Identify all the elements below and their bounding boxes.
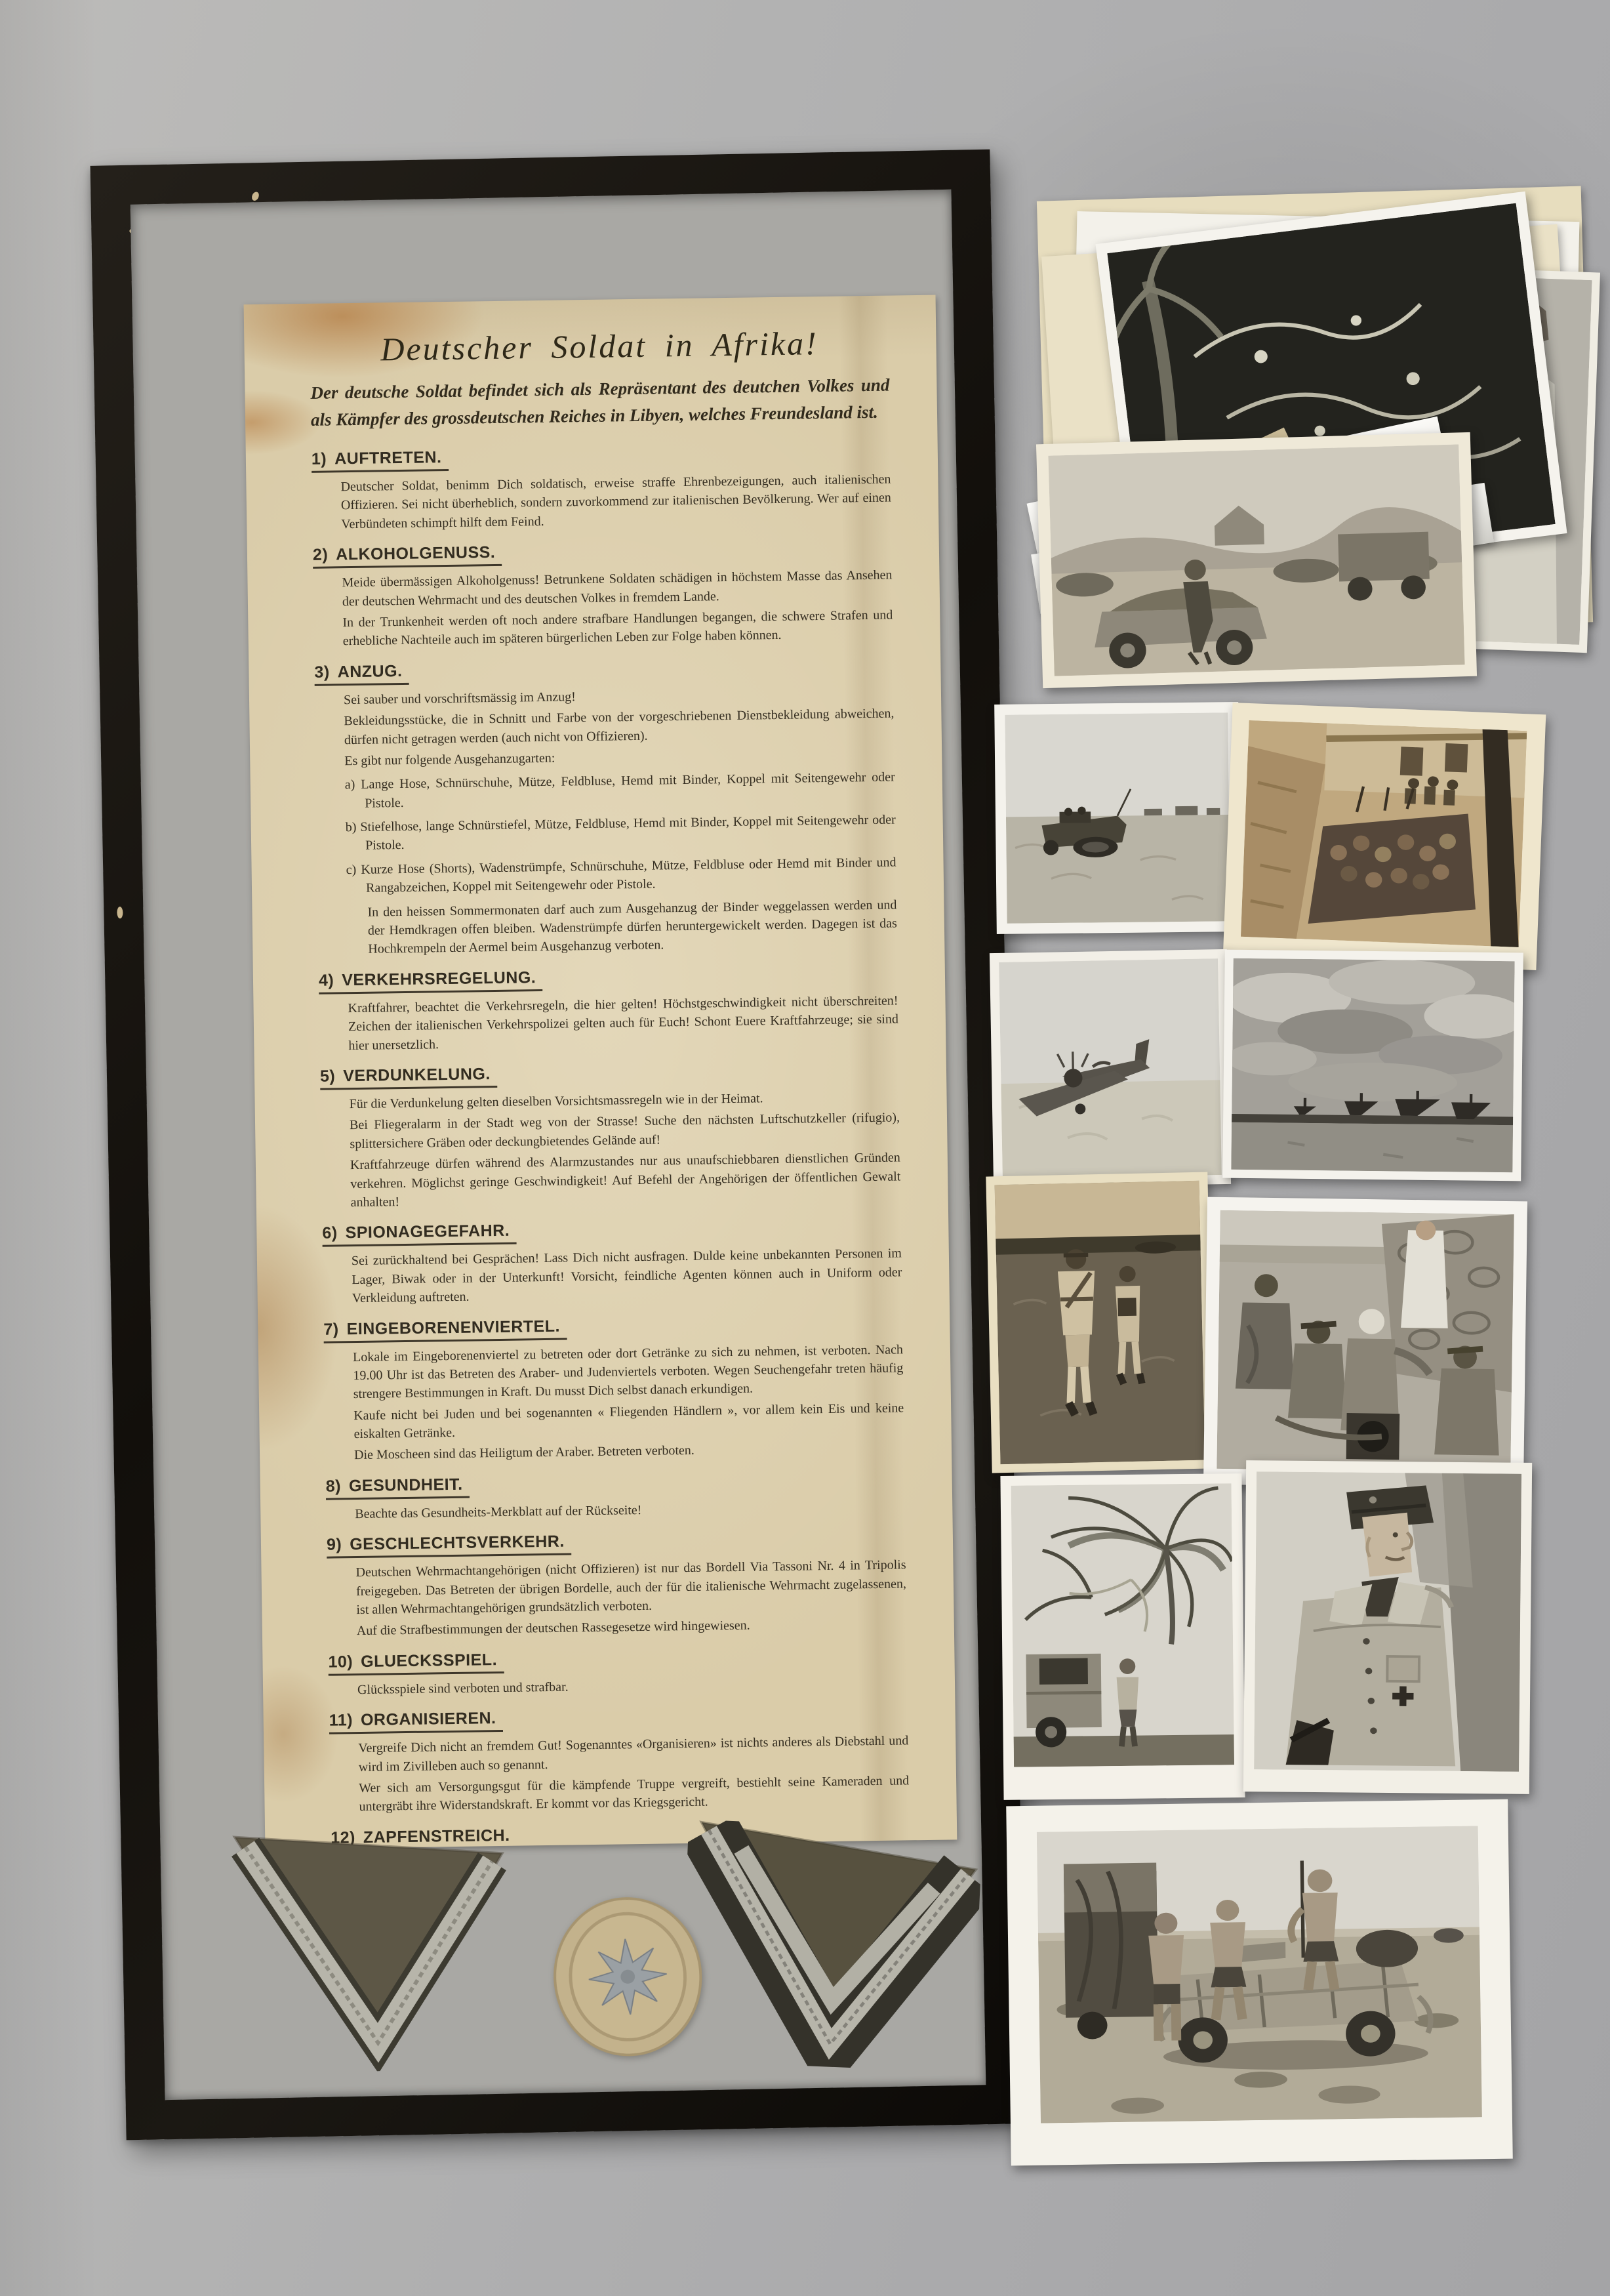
section-title: EINGEBORENENVIERTEL. [346, 1317, 560, 1338]
poster-intro: Der deutsche Soldat befindet sich als Re… [310, 372, 890, 433]
section-heading: 3)ANZUG. [314, 655, 893, 686]
photo-group-stone-shelter [1203, 1197, 1527, 1489]
section-number: 6) [322, 1224, 338, 1242]
photo-truck-under-palms [1000, 1473, 1245, 1800]
poster-section: 9)GESCHLECHTSVERKEHR. Deutschen Wehrmach… [327, 1528, 907, 1641]
section-paragraph: Kraftfahrer, beachtet die Verkehrsregeln… [348, 991, 898, 1055]
section-body: Vergreife Dich nicht an fremdem Gut! Sog… [329, 1732, 910, 1817]
section-title: VERDUNKELUNG. [343, 1065, 491, 1085]
section-body: Deutscher Soldat, benimm Dich soldatisch… [312, 470, 891, 534]
section-body: Kraftfahrer, beachtet die Verkehrsregeln… [319, 991, 898, 1055]
section-body: Deutschen Wehrmachtangehörigen (nicht Of… [327, 1556, 907, 1641]
section-paragraph: Bekleidungsstücke, die in Schnitt und Fa… [344, 705, 895, 749]
section-paragraph: Es gibt nur folgende Ausgehanzugarten: [344, 744, 895, 770]
section-paragraph: Kaufe nicht bei Juden und bei sogenannte… [353, 1399, 904, 1443]
section-paragraph: a) Lange Hose, Schnürschuhe, Mütze, Feld… [345, 768, 896, 813]
section-number: 5) [320, 1067, 336, 1085]
poster-section: 1)AUFTRETEN. Deutscher Soldat, benimm Di… [312, 442, 892, 534]
photo-kubelwagen-desert-group [1006, 1799, 1513, 2166]
poster-title: Deutscher Soldat in Afrika! [310, 323, 889, 369]
poster-section: 6)SPIONAGEGEFAHR. Sei zurückhaltend bei … [322, 1216, 902, 1308]
section-paragraph: Lokale im Eingeborenenviertel zu betrete… [353, 1340, 904, 1404]
section-paragraph: Deutscher Soldat, benimm Dich soldatisch… [340, 470, 891, 534]
rank-chevron-double [679, 1819, 982, 2073]
section-body: Glücksspiele sind verboten und strafbar. [329, 1673, 908, 1700]
section-paragraph: In den heissen Sommermonaten darf auch z… [367, 895, 897, 958]
section-number: 1) [312, 450, 327, 468]
poster: Deutscher Soldat in Afrika! Der deutsche… [244, 295, 957, 1850]
section-paragraph: Vergreife Dich nicht an fremdem Gut! Sog… [358, 1732, 909, 1776]
section-title: GLUECKSSPIEL. [361, 1650, 497, 1671]
section-body: Für die Verdunkelung gelten dieselben Vo… [320, 1087, 900, 1212]
rank-chevron-single [227, 1822, 517, 2076]
section-number: 11) [329, 1711, 353, 1730]
section-heading: 1)AUFTRETEN. [312, 442, 891, 473]
section-heading: 5)VERDUNKELUNG. [320, 1059, 899, 1090]
section-heading: 7)EINGEBORENENVIERTEL. [323, 1312, 902, 1343]
section-number: 10) [328, 1652, 353, 1671]
poster-section: 5)VERDUNKELUNG. Für die Verdunkelung gel… [320, 1059, 901, 1212]
section-paragraph: Wer sich am Versorgungsgut für die kämpf… [359, 1771, 910, 1816]
section-number: 3) [314, 663, 330, 681]
section-heading: 6)SPIONAGEGEFAHR. [322, 1216, 901, 1247]
photo-two-soldiers-field [986, 1172, 1213, 1473]
section-paragraph: Die Moscheen sind das Heiligtum der Arab… [354, 1439, 904, 1465]
section-heading: 10)GLUECKSSPIEL. [328, 1645, 907, 1675]
section-paragraph: In der Trunkenheit werden oft noch ander… [342, 605, 893, 650]
section-heading: 11)ORGANISIEREN. [329, 1704, 908, 1734]
section-number: 2) [313, 546, 329, 564]
photo-halftrack-field [994, 702, 1241, 934]
poster-section: 11)ORGANISIEREN. Vergreife Dich nicht an… [329, 1704, 910, 1817]
section-title: ORGANISIEREN. [361, 1709, 496, 1729]
section-paragraph: Beachte das Gesundheits-Merkblatt auf de… [355, 1497, 905, 1523]
section-paragraph: Sei zurückhaltend bei Gesprächen! Lass D… [352, 1244, 902, 1308]
section-number: 7) [323, 1320, 339, 1338]
section-title: VERKEHRSREGELUNG. [342, 968, 536, 989]
section-paragraph: Meide übermässigen Alkoholgenuss! Betrun… [342, 566, 893, 611]
poster-section: 4)VERKEHRSREGELUNG. Kraftfahrer, beachte… [319, 963, 899, 1055]
section-body: Meide übermässigen Alkoholgenuss! Betrun… [313, 566, 893, 651]
section-title: ALKOHOLGENUSS. [336, 543, 495, 564]
section-title: GESCHLECHTSVERKEHR. [350, 1532, 565, 1554]
section-paragraph: Deutschen Wehrmachtangehörigen (nicht Of… [355, 1556, 906, 1620]
section-body: Sei zurückhaltend bei Gesprächen! Lass D… [323, 1244, 902, 1308]
frame-mat: Deutscher Soldat in Afrika! Der deutsche… [131, 190, 986, 2100]
section-number: 9) [327, 1536, 342, 1554]
section-body: Lokale im Eingeborenenviertel zu betrete… [324, 1340, 904, 1466]
poster-section: 7)EINGEBORENENVIERTEL. Lokale im Eingebo… [323, 1312, 904, 1466]
section-heading: 2)ALKOHOLGENUSS. [313, 538, 892, 569]
section-title: AUFTRETEN. [334, 448, 442, 468]
picture-frame: Deutscher Soldat in Afrika! Der deutsche… [91, 150, 1026, 2141]
section-paragraph: Auf die Strafbestimmungen der deutschen … [357, 1614, 907, 1641]
section-paragraph: Kraftfahrzeuge dürfen während des Alarmz… [350, 1149, 901, 1212]
section-paragraph: b) Stiefelhose, lange Schnürstiefel, Müt… [346, 811, 896, 855]
poster-sections: 1)AUFTRETEN. Deutscher Soldat, benimm Di… [312, 442, 910, 1850]
section-heading: 9)GESCHLECHTSVERKEHR. [327, 1528, 906, 1559]
frame-chip [251, 191, 260, 202]
poster-section: 10)GLUECKSSPIEL. Glücksspiele sind verbo… [328, 1645, 908, 1700]
photo-airfield-aircraft [1222, 950, 1523, 1181]
poster-section: 3)ANZUG. Sei sauber und vorschriftsmässi… [314, 655, 897, 959]
photo-ju52-field [990, 949, 1231, 1188]
section-paragraph: Bei Fliegeralarm in der Stadt weg von de… [350, 1109, 900, 1153]
section-title: ANZUG. [337, 662, 402, 681]
section-number: 4) [319, 971, 334, 989]
photo-truck-crowd [1223, 703, 1546, 970]
section-heading: 4)VERKEHRSREGELUNG. [319, 963, 898, 994]
photo-kubelwagen-roadside [1036, 432, 1477, 688]
poster-section: 2)ALKOHOLGENUSS. Meide übermässigen Alko… [313, 538, 893, 651]
section-title: GESUNDHEIT. [349, 1475, 463, 1495]
section-number: 8) [326, 1477, 342, 1495]
poster-section: 8)GESUNDHEIT. Beachte das Gesundheits-Me… [326, 1469, 906, 1524]
section-body: Beachte das Gesundheits-Merkblatt auf de… [326, 1497, 905, 1524]
section-paragraph: Glücksspiele sind verboten und strafbar. [357, 1673, 908, 1699]
section-heading: 8)GESUNDHEIT. [326, 1469, 905, 1500]
section-body: Sei sauber und vorschriftsmässig im Anzu… [315, 683, 898, 959]
section-paragraph: c) Kurze Hose (Shorts), Wadenstrümpfe, S… [346, 853, 896, 897]
section-title: SPIONAGEGEFAHR. [345, 1221, 510, 1242]
photo-general-portrait [1243, 1460, 1532, 1794]
frame-chip [117, 907, 123, 918]
